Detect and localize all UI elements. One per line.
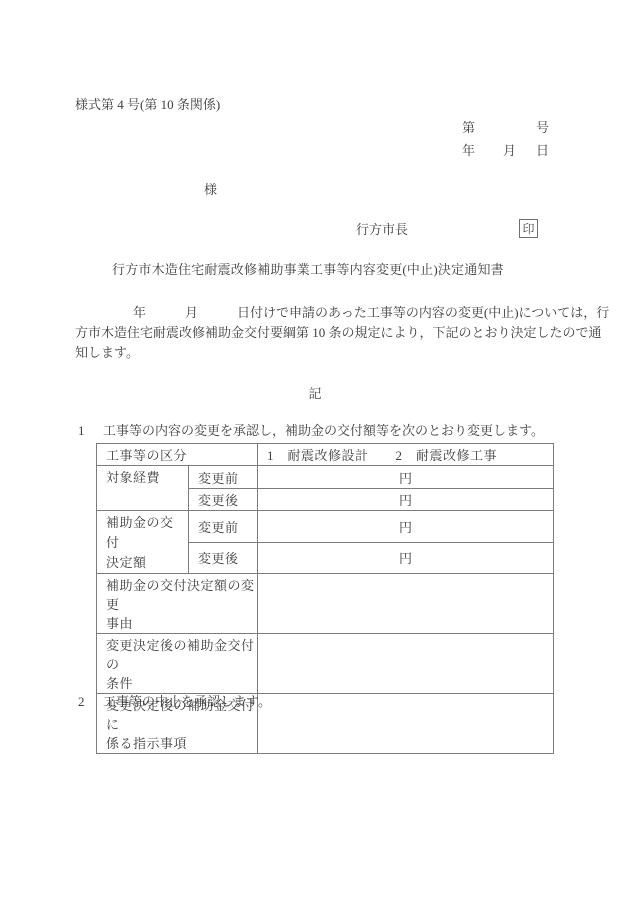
body-line-1: 年 月 日付けで申請のあった工事等の内容の変更(中止)については，行 xyxy=(75,303,565,323)
date-year-label: 年 xyxy=(462,143,475,159)
cell-expense-label: 対象経費 xyxy=(97,466,189,511)
form-number: 様式第 4 号(第 10 条関係) xyxy=(75,97,220,113)
seal-character: 印 xyxy=(522,220,534,237)
cell-grant-before-label: 変更前 xyxy=(189,511,258,543)
cell-conditions-label: 変更決定後の補助金交付の 条件 xyxy=(97,634,258,694)
cell-category-value: 1 耐震改修設計 2 耐震改修工事 xyxy=(258,444,554,466)
cell-grant-after-value[interactable]: 円 xyxy=(258,542,554,574)
conditions-label-line-2: 条件 xyxy=(106,674,255,693)
instructions-label-line-2: 係る指示事項 xyxy=(106,734,255,753)
cell-expense-before-value[interactable]: 円 xyxy=(258,466,554,489)
table-row-grant-before: 補助金の交付 決定額 変更前 円 xyxy=(97,511,554,543)
grant-label-line-1: 補助金の交付 xyxy=(106,513,186,553)
doc-number-suffix: 号 xyxy=(536,120,549,136)
date-month-label: 月 xyxy=(503,143,516,159)
item-2-number: 2 xyxy=(78,694,85,710)
cell-grant-label: 補助金の交付 決定額 xyxy=(97,511,189,574)
document-page: 様式第 4 号(第 10 条関係) 第 号 年 月 日 様 行方市長 印 行方市… xyxy=(0,0,630,915)
date-day-label: 日 xyxy=(536,143,549,159)
table-row-category: 工事等の区分 1 耐震改修設計 2 耐震改修工事 xyxy=(97,444,554,466)
cell-conditions-value[interactable] xyxy=(258,634,554,694)
cell-category-label: 工事等の区分 xyxy=(97,444,258,466)
cell-expense-after-value[interactable]: 円 xyxy=(258,489,554,511)
expense-label-text: 対象経費 xyxy=(106,468,186,488)
cell-grant-after-label: 変更後 xyxy=(189,542,258,574)
cell-instructions-value[interactable] xyxy=(258,694,554,754)
table-row-expense-before: 対象経費 変更前 円 xyxy=(97,466,554,489)
table-row-change-reason: 補助金の交付決定額の変更 事由 xyxy=(97,574,554,634)
conditions-label-line-1: 変更決定後の補助金交付の xyxy=(106,636,255,674)
record-heading: 記 xyxy=(0,383,630,402)
item-2-text: 工事等の中止を承認します。 xyxy=(103,694,271,710)
sender-title: 行方市長 xyxy=(356,222,408,238)
body-line-3: 知します。 xyxy=(75,343,565,363)
cell-expense-before-label: 変更前 xyxy=(189,466,258,489)
document-title: 行方市木造住宅耐震改修補助事業工事等内容変更(中止)決定通知書 xyxy=(112,262,504,278)
cell-grant-before-value[interactable]: 円 xyxy=(258,511,554,543)
item-1-number: 1 xyxy=(78,423,85,439)
body-line-2: 方市木造住宅耐震改修補助金交付要綱第 10 条の規定により，下記のとおり決定した… xyxy=(75,323,565,343)
item-1-text: 工事等の内容の変更を承認し，補助金の交付額等を次のとおり変更します。 xyxy=(103,423,544,439)
cell-reason-label: 補助金の交付決定額の変更 事由 xyxy=(97,574,258,634)
grant-label-line-2: 決定額 xyxy=(106,553,186,573)
doc-number-prefix: 第 xyxy=(462,120,475,136)
reason-label-line-1: 補助金の交付決定額の変更 xyxy=(106,576,255,614)
body-paragraph: 年 月 日付けで申請のあった工事等の内容の変更(中止)については，行 方市木造住… xyxy=(75,303,565,363)
table-row-grant-conditions: 変更決定後の補助金交付の 条件 xyxy=(97,634,554,694)
seal-stamp: 印 xyxy=(519,219,538,238)
cell-reason-value[interactable] xyxy=(258,574,554,634)
reason-label-line-2: 事由 xyxy=(106,614,255,633)
addressee-suffix: 様 xyxy=(204,182,217,198)
cell-expense-after-label: 変更後 xyxy=(189,489,258,511)
